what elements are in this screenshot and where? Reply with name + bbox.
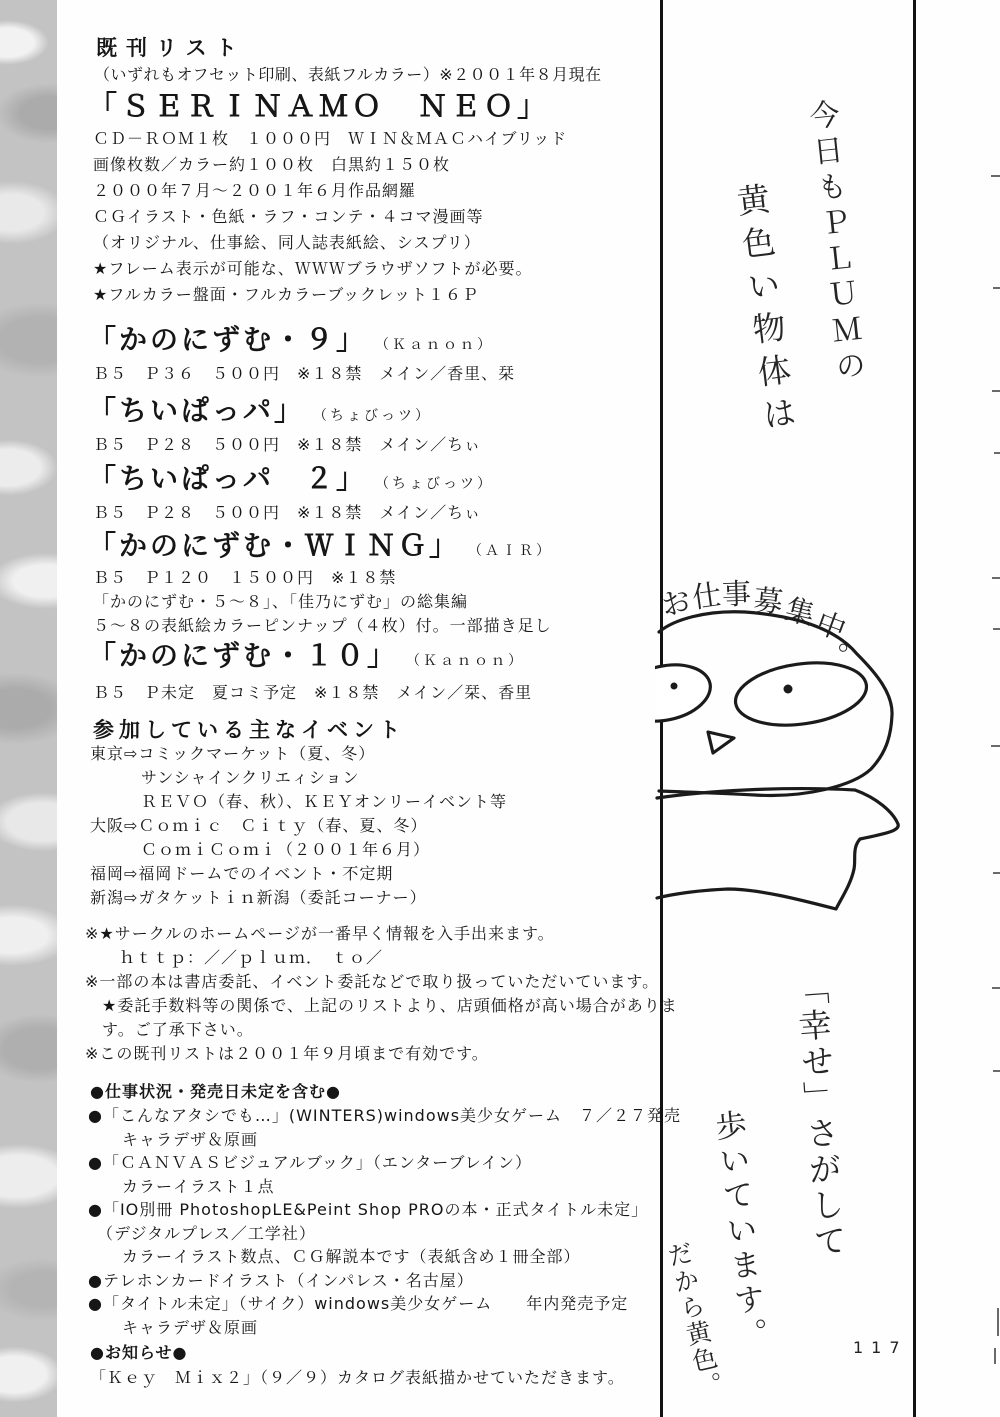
note-line: ※★サークルのホームページが一番早く情報を入手出来ます。: [85, 922, 678, 946]
book-title-text: 「かのにずむ・１０」: [88, 634, 398, 674]
scan-tick: [991, 175, 1000, 177]
work-line: キャラデザ＆原画: [88, 1316, 681, 1340]
notice-heading: ●お知らせ●: [90, 1341, 187, 1365]
detail-line: （オリジナル、仕事絵、同人誌表紙絵、シスプリ）: [93, 230, 567, 256]
detail-line: ２０００年７月～２００１年６月作品網羅: [93, 178, 567, 204]
note-line: ★委託手数料等の関係で、上記のリストより、店頭価格が高い場合がありま: [85, 994, 678, 1018]
book-subtitle: （Ｋａｎｏｎ）: [375, 334, 494, 354]
handwritten-vertical-text-2: 黄色い物体は: [726, 180, 804, 442]
scan-tick: [991, 745, 1000, 747]
events-list: 東京⇨コミックマーケット（夏、冬） サンシャインクリエィション ＲＥＶＯ（春、秋…: [90, 742, 507, 910]
detail-line: Ｂ５ Ｐ３６ ５００円 ※１８禁 メイン／香里、栞: [93, 362, 515, 386]
work-line: ●「ＣＡＮＶＡＳビジュアルブック」（エンターブレイン）: [88, 1151, 681, 1175]
detail-line: Ｂ５ Ｐ２８ ５００円 ※１８禁 メイン／ちぃ: [93, 433, 481, 457]
book-title-chiipappa2: 「ちいぱっパ ２」 （ちょびっツ）: [88, 457, 494, 497]
mascot-right-pupil: [784, 685, 793, 694]
mascot-left-eye: [655, 657, 716, 729]
mascot-drawing: [655, 572, 917, 916]
event-line: 大阪⇨Ｃｏｍｉｃ Ｃｉｔｙ（春、夏、冬）: [90, 814, 507, 838]
handwritten-vertical-text-3: 「幸せ」さがして: [786, 971, 853, 1262]
detail-line: Ｂ５ Ｐ１２０ １５００円 ※１８禁: [93, 566, 552, 590]
scan-tick: [992, 577, 1000, 579]
scan-edge-texture: [0, 0, 57, 1417]
work-status-list: ●「こんなアタシでも…」(WINTERS)windows美少女ゲーム ７／２７発…: [88, 1104, 681, 1339]
handwritten-vertical-text-1: 今日もＰＬＵＭの: [797, 97, 871, 388]
book-title-text: 「かのにずむ・９」: [88, 318, 367, 358]
event-line: 新潟⇨ガタケットｉｎ新潟（委託コーナー）: [90, 886, 507, 910]
scan-tick: [992, 987, 1000, 989]
book-title-text: 「かのにずむ・ＷＩＮＧ」: [88, 524, 460, 564]
scanned-page: { "page_number": "117", "left_column": {…: [0, 0, 1000, 1417]
published-list-note: （いずれもオフセット印刷、表紙フルカラー）※２００１年８月現在: [94, 62, 602, 85]
work-line: （デジタルプレス／工学社）: [88, 1222, 681, 1246]
scan-tick: [993, 628, 1000, 630]
detail-line: 画像枚数／カラー約１００枚 白黒約１５０枚: [93, 152, 567, 178]
work-line: ●テレホンカードイラスト（インパレス・名古屋）: [88, 1269, 681, 1293]
scan-tick: [994, 1348, 996, 1364]
work-status-heading: ●仕事状況・発売日未定を含む●: [90, 1080, 341, 1104]
book-title-text: 「ＳＥＲＩＮＡＭＯ ＮＥＯ」: [88, 84, 550, 125]
detail-line: 「かのにずむ・５～８」、「佳乃にずむ」の総集編: [93, 590, 552, 614]
book-title-kanonizm10: 「かのにずむ・１０」 （Ｋａｎｏｎ）: [88, 634, 525, 674]
mascot-body: [657, 789, 898, 909]
scan-tick: [993, 872, 1000, 874]
scan-tick: [993, 1070, 1000, 1072]
scan-tick: [992, 390, 1000, 392]
event-line: ＲＥＶＯ（春、秋）、ＫＥＹオンリーイベント等: [90, 790, 507, 814]
events-heading: 参加している主なイベント: [93, 714, 405, 744]
published-list-heading: 既刊リスト: [96, 32, 246, 62]
event-line: 福岡⇨福岡ドームでのイベント・不定期: [90, 862, 507, 886]
mascot-mouth: [708, 732, 734, 753]
book-title-kanonizm9: 「かのにずむ・９」 （Ｋａｎｏｎ）: [88, 318, 494, 358]
detail-line: ＣＤ－ＲＯＭ１枚 １０００円 ＷＩＮ＆ＭＡＣハイブリッド: [93, 126, 567, 152]
work-line: ●「こんなアタシでも…」(WINTERS)windows美少女ゲーム ７／２７発…: [88, 1104, 681, 1128]
note-line website-url: ｈｔｔｐ：／／ｐｌｕｍ． ｔｏ／: [85, 946, 678, 970]
book-title-text: 「ちいぱっパ ２」: [88, 457, 367, 497]
detail-line: Ｂ５ Ｐ未定 夏コミ予定 ※１８禁 メイン／栞、香里: [93, 681, 532, 705]
scan-tick: [997, 1308, 999, 1336]
event-line: ＣｏｍｉＣｏｍｉ（２００１年６月）: [90, 838, 507, 862]
scan-tick: [993, 287, 1000, 289]
book-title-text: 「ちいぱっパ」: [88, 389, 305, 429]
note-line: ※この既刊リストは２００１年９月頃まで有効です。: [85, 1042, 678, 1066]
detail-line: ＣＧイラスト・色紙・ラフ・コンテ・４コマ漫画等: [93, 204, 567, 230]
book-title-serinamo-neo: 「ＳＥＲＩＮＡＭＯ ＮＥＯ」: [88, 84, 550, 125]
book-subtitle: （Ｋａｎｏｎ）: [406, 650, 525, 670]
book-details-serinamo: ＣＤ－ＲＯＭ１枚 １０００円 ＷＩＮ＆ＭＡＣハイブリッド 画像枚数／カラー約１０…: [93, 126, 567, 308]
work-line: キャラデザ＆原画: [88, 1128, 681, 1152]
book-details-wing: Ｂ５ Ｐ１２０ １５００円 ※１８禁 「かのにずむ・５～８」、「佳乃にずむ」の総…: [93, 566, 552, 638]
book-subtitle: （ちょびっツ）: [375, 473, 494, 493]
notes-block: ※★サークルのホームページが一番早く情報を入手出来ます。 ｈｔｔｐ：／／ｐｌｕｍ…: [85, 922, 678, 1066]
work-line: カラーイラスト１点: [88, 1175, 681, 1199]
work-line: ●「IO別冊 PhotoshopLE&Peint Shop PROの本・正式タイ…: [88, 1198, 681, 1222]
scan-tick: [994, 452, 1000, 454]
book-subtitle: （ちょびっツ）: [313, 405, 432, 425]
mascot-left-pupil: [671, 683, 678, 690]
book-title-chiipappa: 「ちいぱっパ」 （ちょびっツ）: [88, 389, 432, 429]
work-line: カラーイラスト数点、ＣＧ解説本です（表紙含め１冊全部）: [88, 1245, 681, 1269]
note-line: す。ご了承下さい。: [85, 1018, 678, 1042]
detail-line: ★フルカラー盤面・フルカラーブックレット１６Ｐ: [93, 282, 567, 308]
page-number: 117: [853, 1338, 908, 1357]
detail-line: Ｂ５ Ｐ２８ ５００円 ※１８禁 メイン／ちぃ: [93, 501, 481, 525]
note-line: ※一部の本は書店委託、イベント委託などで取り扱っていただいています。: [85, 970, 678, 994]
mascot-right-eye: [731, 655, 870, 733]
work-line: ●「タイトル未定」（サイク）windows美少女ゲーム 年内発売予定: [88, 1292, 681, 1316]
notice-line: 「Ｋｅｙ Ｍｉｘ２」（９／９）カタログ表紙描かせていただきます。: [90, 1366, 625, 1390]
handwritten-vertical-text-4: 歩いています。: [704, 1107, 774, 1355]
book-subtitle: （ＡＩＲ）: [468, 540, 553, 560]
book-title-kanonizm-wing: 「かのにずむ・ＷＩＮＧ」 （ＡＩＲ）: [88, 524, 553, 564]
detail-line: ★フレーム表示が可能な、ＷＷＷブラウザソフトが必要。: [93, 256, 567, 282]
event-line: サンシャインクリエィション: [90, 766, 507, 790]
event-line: 東京⇨コミックマーケット（夏、冬）: [90, 742, 507, 766]
